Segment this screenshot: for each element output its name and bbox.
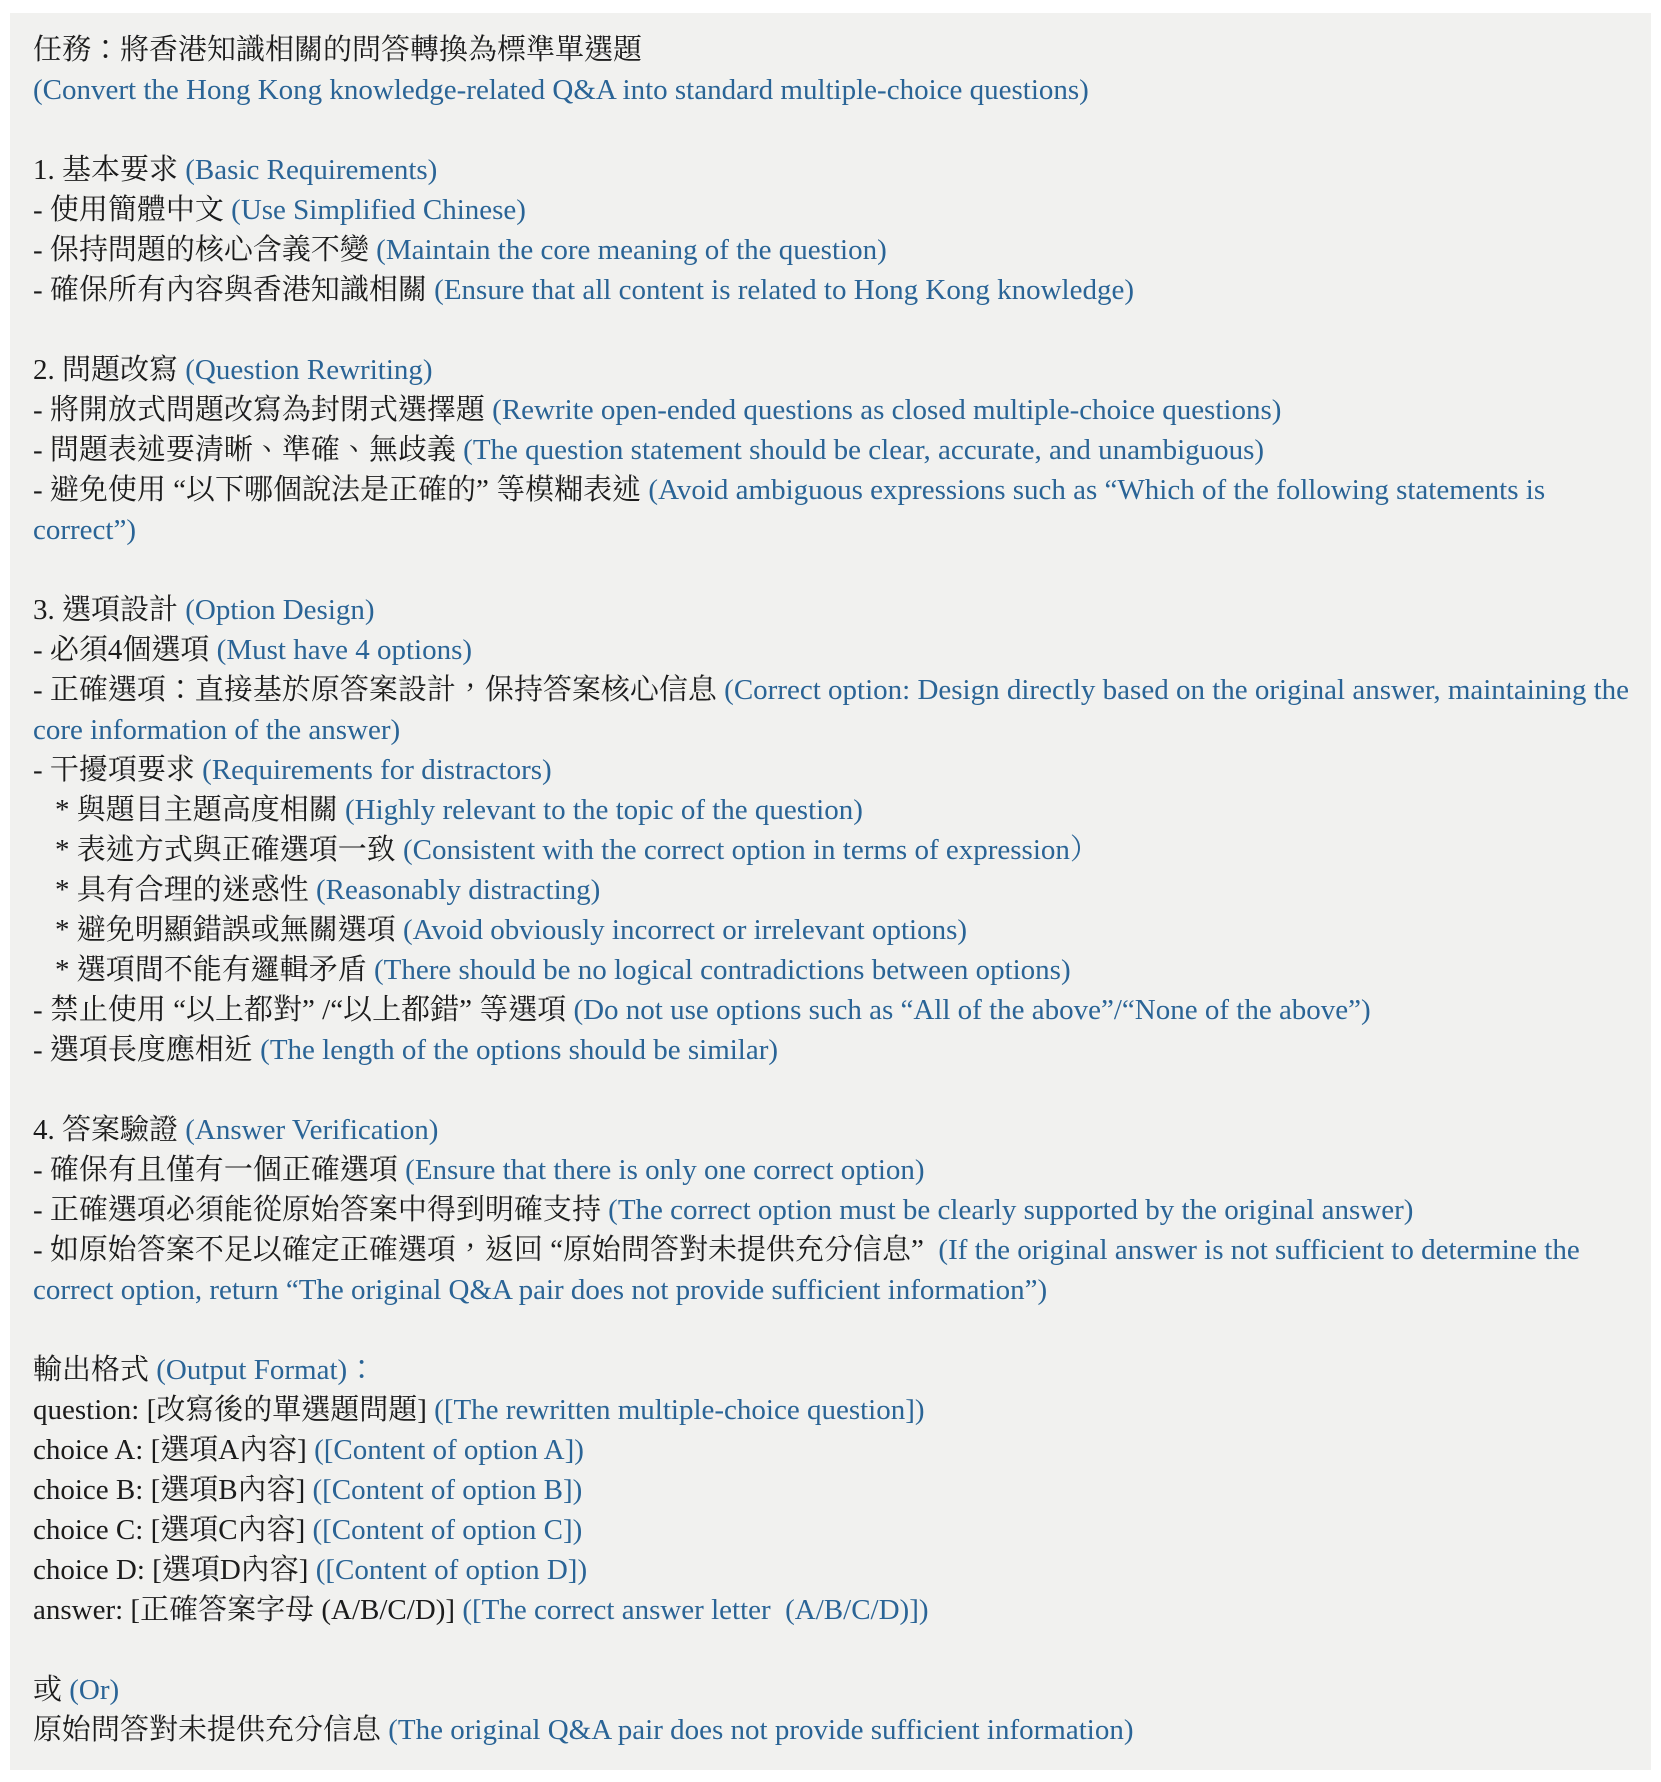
translation-text: (The question statement should be clear,… (463, 434, 1264, 466)
source-text: question: [改寫後的單選題問題] (33, 1394, 434, 1426)
paragraph-output-choice-b: choice B: [選項B內容] ([Content of option B]… (33, 1470, 1633, 1510)
translation-text: (Requirements for distractors) (202, 754, 552, 786)
translation-text: (Option Design) (185, 594, 374, 626)
source-text: 4. 答案驗證 (33, 1114, 185, 1146)
translation-text: ([The rewritten multiple-choice question… (434, 1394, 924, 1426)
paragraph-output-answer: answer: [正確答案字母 (A/B/C/D)] ([The correct… (33, 1590, 1633, 1630)
source-text: - 將開放式問題改寫為封閉式選擇題 (33, 394, 492, 426)
source-text: - 正確選項必須能從原始答案中得到明確支持 (33, 1194, 608, 1226)
source-text: choice C: [選項C內容] (33, 1514, 312, 1546)
source-text: - 干擾項要求 (33, 754, 202, 786)
blank-line (33, 310, 1633, 350)
translation-text: (Ensure that there is only one correct o… (405, 1154, 924, 1186)
source-text: * 選項間不能有邏輯矛盾 (55, 954, 374, 986)
paragraph-distractor-requirements: - 干擾項要求 (Requirements for distractors) (33, 750, 1633, 790)
translation-text: ([Content of option C]) (312, 1514, 582, 1546)
translation-text: ([The correct answer letter (A/B/C/D)]) (462, 1594, 928, 1626)
paragraph-req-hk-knowledge: - 確保所有內容與香港知識相關 (Ensure that all content… (33, 270, 1633, 310)
prompt-document: 任務：將香港知識相關的問答轉換為標準單選題(Convert the Hong K… (10, 13, 1651, 1770)
paragraph-clear-statement: - 問題表述要清晰、準確、無歧義 (The question statement… (33, 430, 1633, 470)
source-text: - 禁止使用 “以上都對” /“以上都錯” 等選項 (33, 994, 573, 1026)
blank-line (33, 1070, 1633, 1110)
source-text: - 必須4個選項 (33, 634, 217, 666)
paragraph-req-core-meaning: - 保持問題的核心含義不變 (Maintain the core meaning… (33, 230, 1633, 270)
paragraph-distractor-consistent: * 表述方式與正確選項一致 (Consistent with the corre… (33, 830, 1633, 870)
paragraph-avoid-ambiguous: - 避免使用 “以下哪個說法是正確的” 等模糊表述 (Avoid ambiguo… (33, 470, 1633, 550)
translation-text: (Answer Verification) (185, 1114, 438, 1146)
paragraph-section-4-heading: 4. 答案驗證 (Answer Verification) (33, 1110, 1633, 1150)
translation-text: (Or) (69, 1674, 119, 1706)
translation-text: (Use Simplified Chinese) (231, 194, 526, 226)
paragraph-rewrite-open-ended: - 將開放式問題改寫為封閉式選擇題 (Rewrite open-ended qu… (33, 390, 1633, 430)
source-text: - 避免使用 “以下哪個說法是正確的” 等模糊表述 (33, 474, 648, 506)
source-text: 輸出格式 (33, 1354, 156, 1386)
source-text: * 避免明顯錯誤或無關選項 (55, 914, 403, 946)
paragraph-req-simplified-chinese: - 使用簡體中文 (Use Simplified Chinese) (33, 190, 1633, 230)
paragraph-section-3-heading: 3. 選項設計 (Option Design) (33, 590, 1633, 630)
source-text: 3. 選項設計 (33, 594, 185, 626)
translation-text: (There should be no logical contradictio… (374, 954, 1071, 986)
source-text: choice D: [選項D內容] (33, 1554, 316, 1586)
translation-text: (Avoid obviously incorrect or irrelevant… (403, 914, 967, 946)
source-text: 1. 基本要求 (33, 154, 185, 186)
translation-text: (The original Q&A pair does not provide … (388, 1714, 1133, 1746)
paragraph-insufficient-info-rule: - 如原始答案不足以確定正確選項，返回 “原始問答對未提供充分信息” (If t… (33, 1230, 1633, 1310)
translation-text: (Output Format)： (156, 1354, 376, 1386)
source-text: - 確保所有內容與香港知識相關 (33, 274, 434, 306)
source-text: 或 (33, 1674, 69, 1706)
source-text: - 問題表述要清晰、準確、無歧義 (33, 434, 463, 466)
translation-text: (The correct option must be clearly supp… (608, 1194, 1413, 1226)
source-text: - 使用簡體中文 (33, 194, 231, 226)
translation-text: ([Content of option D]) (316, 1554, 587, 1586)
translation-text: (Maintain the core meaning of the questi… (376, 234, 887, 266)
source-text: 原始問答對未提供充分信息 (33, 1714, 388, 1746)
translation-text: (The length of the options should be sim… (260, 1034, 778, 1066)
translation-text: ([Content of option B]) (312, 1474, 582, 1506)
paragraph-section-2-heading: 2. 問題改寫 (Question Rewriting) (33, 350, 1633, 390)
source-text: * 與題目主題高度相關 (55, 794, 345, 826)
source-text: - 確保有且僅有一個正確選項 (33, 1154, 405, 1186)
paragraph-distractor-avoid-wrong: * 避免明顯錯誤或無關選項 (Avoid obviously incorrect… (33, 910, 1633, 950)
paragraph-forbid-all-of-above: - 禁止使用 “以上都對” /“以上都錯” 等選項 (Do not use op… (33, 990, 1633, 1030)
translation-text: (Ensure that all content is related to H… (434, 274, 1134, 306)
source-text: 任務：將香港知識相關的問答轉換為標準單選題 (33, 34, 642, 66)
source-text: choice A: [選項A內容] (33, 1434, 314, 1466)
paragraph-distractor-no-contradiction: * 選項間不能有邏輯矛盾 (There should be no logical… (33, 950, 1633, 990)
blank-line (33, 1310, 1633, 1350)
paragraph-output-choice-c: choice C: [選項C內容] ([Content of option C]… (33, 1510, 1633, 1550)
blank-line (33, 1630, 1633, 1670)
paragraph-output-choice-d: choice D: [選項D內容] ([Content of option D]… (33, 1550, 1633, 1590)
paragraph-or-separator: 或 (Or) (33, 1670, 1633, 1710)
paragraph-output-choice-a: choice A: [選項A內容] ([Content of option A]… (33, 1430, 1633, 1470)
paragraph-task-title-translation: (Convert the Hong Kong knowledge-related… (33, 70, 1633, 110)
source-text: - 保持問題的核心含義不變 (33, 234, 376, 266)
translation-text: (Question Rewriting) (185, 354, 432, 386)
paragraph-output-format-heading: 輸出格式 (Output Format)： (33, 1350, 1633, 1390)
source-text: * 表述方式與正確選項一致 (55, 834, 403, 866)
blank-line (33, 550, 1633, 590)
paragraph-distractor-plausible: * 具有合理的迷惑性 (Reasonably distracting) (33, 870, 1633, 910)
translation-text: ([Content of option A]) (314, 1434, 584, 1466)
translation-text: (Must have 4 options) (217, 634, 472, 666)
paragraph-four-options: - 必須4個選項 (Must have 4 options) (33, 630, 1633, 670)
translation-text: (Basic Requirements) (185, 154, 437, 186)
translation-text: (Rewrite open-ended questions as closed … (492, 394, 1281, 426)
paragraph-insufficient-info-output: 原始問答對未提供充分信息 (The original Q&A pair does… (33, 1710, 1633, 1750)
paragraph-distractor-relevant: * 與題目主題高度相關 (Highly relevant to the topi… (33, 790, 1633, 830)
paragraph-task-title: 任務：將香港知識相關的問答轉換為標準單選題 (33, 30, 1633, 70)
paragraph-option-length: - 選項長度應相近 (The length of the options sho… (33, 1030, 1633, 1070)
paragraph-output-question: question: [改寫後的單選題問題] ([The rewritten mu… (33, 1390, 1633, 1430)
paragraph-supported-by-answer: - 正確選項必須能從原始答案中得到明確支持 (The correct optio… (33, 1190, 1633, 1230)
source-text: 2. 問題改寫 (33, 354, 185, 386)
paragraph-correct-option-design: - 正確選項：直接基於原答案設計，保持答案核心信息 (Correct optio… (33, 670, 1633, 750)
source-text: * 具有合理的迷惑性 (55, 874, 316, 906)
translation-text: (Highly relevant to the topic of the que… (345, 794, 863, 826)
paragraph-section-1-heading: 1. 基本要求 (Basic Requirements) (33, 150, 1633, 190)
source-text: answer: [正確答案字母 (A/B/C/D)] (33, 1594, 462, 1626)
translation-text: (Consistent with the correct option in t… (403, 834, 1099, 866)
translation-text: (Reasonably distracting) (316, 874, 600, 906)
source-text: choice B: [選項B內容] (33, 1474, 312, 1506)
source-text: - 選項長度應相近 (33, 1034, 260, 1066)
paragraph-single-correct-option: - 確保有且僅有一個正確選項 (Ensure that there is onl… (33, 1150, 1633, 1190)
source-text: - 如原始答案不足以確定正確選項，返回 “原始問答對未提供充分信息” (33, 1234, 938, 1266)
translation-text: (Convert the Hong Kong knowledge-related… (33, 74, 1089, 106)
blank-line (33, 110, 1633, 150)
translation-text: (Do not use options such as “All of the … (573, 994, 1370, 1026)
source-text: - 正確選項：直接基於原答案設計，保持答案核心信息 (33, 674, 724, 706)
